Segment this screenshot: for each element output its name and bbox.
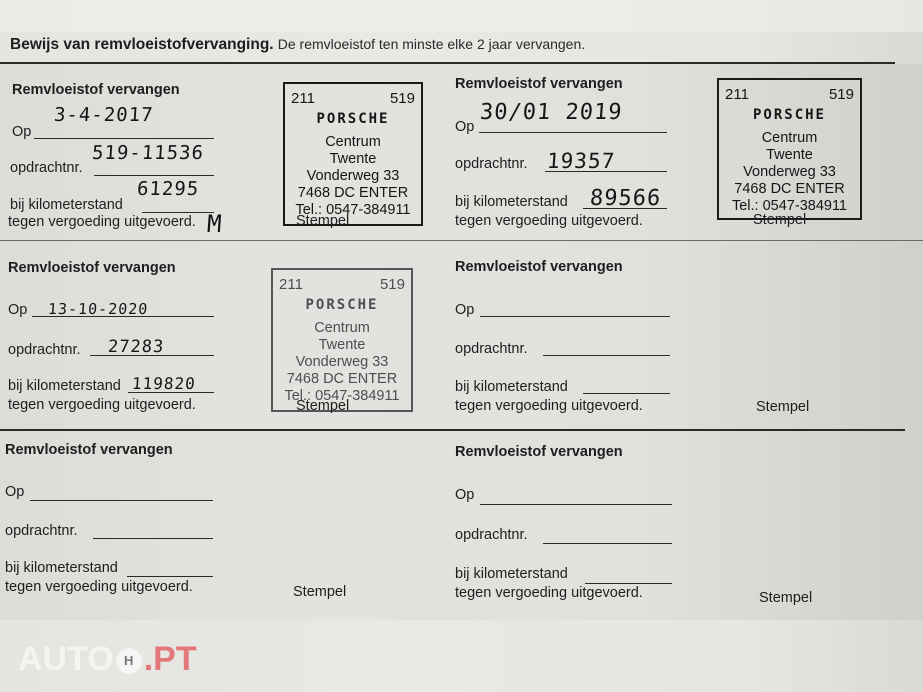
date-label: Op (455, 487, 474, 503)
date-line[interactable] (30, 500, 213, 501)
order-label: opdrachtnr. (455, 156, 528, 172)
stamp-line: Centrum (273, 320, 411, 337)
document-subtitle: De remvloeistof ten minste elke 2 jaar v… (278, 36, 585, 52)
dealer-stamp-1: 211519 PORSCHE Centrum Twente Vonderweg … (283, 82, 423, 226)
order-line (94, 175, 214, 176)
date-line (479, 132, 667, 133)
stamp-label: Stempel (759, 590, 812, 606)
entry-block-6: Remvloeistof vervangen Op opdrachtnr. bi… (455, 444, 875, 614)
stamp-right-number: 519 (829, 86, 854, 103)
watermark-pt: .PT (144, 640, 197, 678)
stamp-line: Twente (273, 337, 411, 354)
stamp-line: Centrum (285, 134, 421, 151)
order-label: opdrachtnr. (455, 527, 528, 543)
dealer-stamp-3: 211519 PORSCHE Centrum Twente Vonderweg … (271, 268, 413, 412)
mileage-line (142, 212, 214, 213)
order-label: opdrachtnr. (455, 341, 528, 357)
block-title: Remvloeistof vervangen (5, 442, 173, 458)
performed-label: tegen vergoeding uitgevoerd. (8, 397, 196, 413)
mileage-label: bij kilometerstand (455, 566, 568, 582)
entry-block-5: Remvloeistof vervangen Op opdrachtnr. bi… (5, 442, 425, 612)
stamp-line: Twente (285, 151, 421, 168)
order-value[interactable]: 27283 (107, 337, 165, 357)
date-label: Op (5, 484, 24, 500)
block-title: Remvloeistof vervangen (455, 259, 623, 275)
block-title: Remvloeistof vervangen (8, 260, 176, 276)
site-watermark: AUTOH.PT (18, 640, 197, 679)
stamp-line: 7468 DC ENTER (719, 181, 860, 198)
stamp-line: Centrum (719, 130, 860, 147)
gear-shift-icon: H (116, 648, 142, 674)
order-value[interactable]: 19357 (546, 149, 616, 173)
porsche-logo: PORSCHE (719, 107, 860, 124)
order-label: opdrachtnr. (10, 160, 83, 176)
mileage-line[interactable] (127, 576, 213, 577)
dealer-stamp-2: 211519 PORSCHE Centrum Twente Vonderweg … (717, 78, 862, 220)
stamp-right-number: 519 (390, 90, 415, 107)
stamp-left-number: 211 (279, 276, 303, 293)
date-value[interactable]: 30/01 2019 (479, 100, 623, 125)
order-label: opdrachtnr. (5, 523, 78, 539)
stamp-line: 7468 DC ENTER (273, 371, 411, 388)
entry-block-4: Remvloeistof vervangen Op opdrachtnr. bi… (455, 259, 875, 429)
stamp-label: Stempel (296, 398, 349, 414)
date-line[interactable] (480, 316, 670, 317)
stamp-left-number: 211 (291, 90, 315, 107)
mileage-label: bij kilometerstand (455, 379, 568, 395)
order-line[interactable] (543, 355, 670, 356)
performed-label: tegen vergoeding uitgevoerd. (455, 585, 643, 601)
date-line[interactable] (480, 504, 672, 505)
block-title: Remvloeistof vervangen (12, 82, 180, 98)
porsche-logo: PORSCHE (285, 111, 421, 128)
performed-label: tegen vergoeding uitgevoerd. (455, 398, 643, 414)
mileage-label: bij kilometerstand (455, 194, 568, 210)
performed-label: tegen vergoeding uitgevoerd. (8, 214, 196, 230)
stamp-label: Stempel (756, 399, 809, 415)
date-value[interactable]: 13-10-2020 (47, 300, 149, 318)
mileage-value[interactable]: 61295 (136, 178, 200, 200)
stamp-line: Vonderweg 33 (719, 164, 860, 181)
mileage-line[interactable] (585, 583, 672, 584)
stamp-label: Stempel (293, 584, 346, 600)
document-title: Bewijs van remvloeistofvervanging. (10, 36, 274, 53)
date-label: Op (12, 124, 31, 140)
porsche-logo: PORSCHE (273, 297, 411, 314)
date-label: Op (455, 119, 474, 135)
block-title: Remvloeistof vervangen (455, 76, 623, 92)
date-label: Op (8, 302, 27, 318)
order-label: opdrachtnr. (8, 342, 81, 358)
stamp-label: Stempel (296, 213, 349, 229)
order-line[interactable] (93, 538, 213, 539)
mileage-label: bij kilometerstand (10, 197, 123, 213)
date-label: Op (455, 302, 474, 318)
order-line[interactable] (543, 543, 672, 544)
mileage-label: bij kilometerstand (5, 560, 118, 576)
mileage-value[interactable]: 89566 (589, 186, 662, 211)
document-header: Bewijs van remvloeistofvervanging. De re… (10, 36, 585, 54)
stamp-left-number: 211 (725, 86, 749, 103)
date-value[interactable]: 3-4-2017 (53, 104, 154, 126)
header-divider (0, 62, 895, 64)
mileage-line[interactable] (583, 393, 670, 394)
signature: M (206, 210, 223, 238)
stamp-line: 7468 DC ENTER (285, 185, 421, 202)
watermark-auto: AUTO (18, 640, 114, 678)
block-title: Remvloeistof vervangen (455, 444, 623, 460)
page-top-margin (0, 0, 923, 32)
performed-label: tegen vergoeding uitgevoerd. (455, 213, 643, 229)
stamp-label: Stempel (753, 212, 806, 228)
mileage-value[interactable]: 119820 (131, 374, 196, 393)
performed-label: tegen vergoeding uitgevoerd. (5, 579, 193, 595)
stamp-line: Vonderweg 33 (285, 168, 421, 185)
date-line (34, 138, 214, 139)
stamp-line: Vonderweg 33 (273, 354, 411, 371)
mileage-label: bij kilometerstand (8, 378, 121, 394)
stamp-right-number: 519 (380, 276, 405, 293)
order-value[interactable]: 519-11536 (91, 142, 204, 164)
stamp-line: Twente (719, 147, 860, 164)
